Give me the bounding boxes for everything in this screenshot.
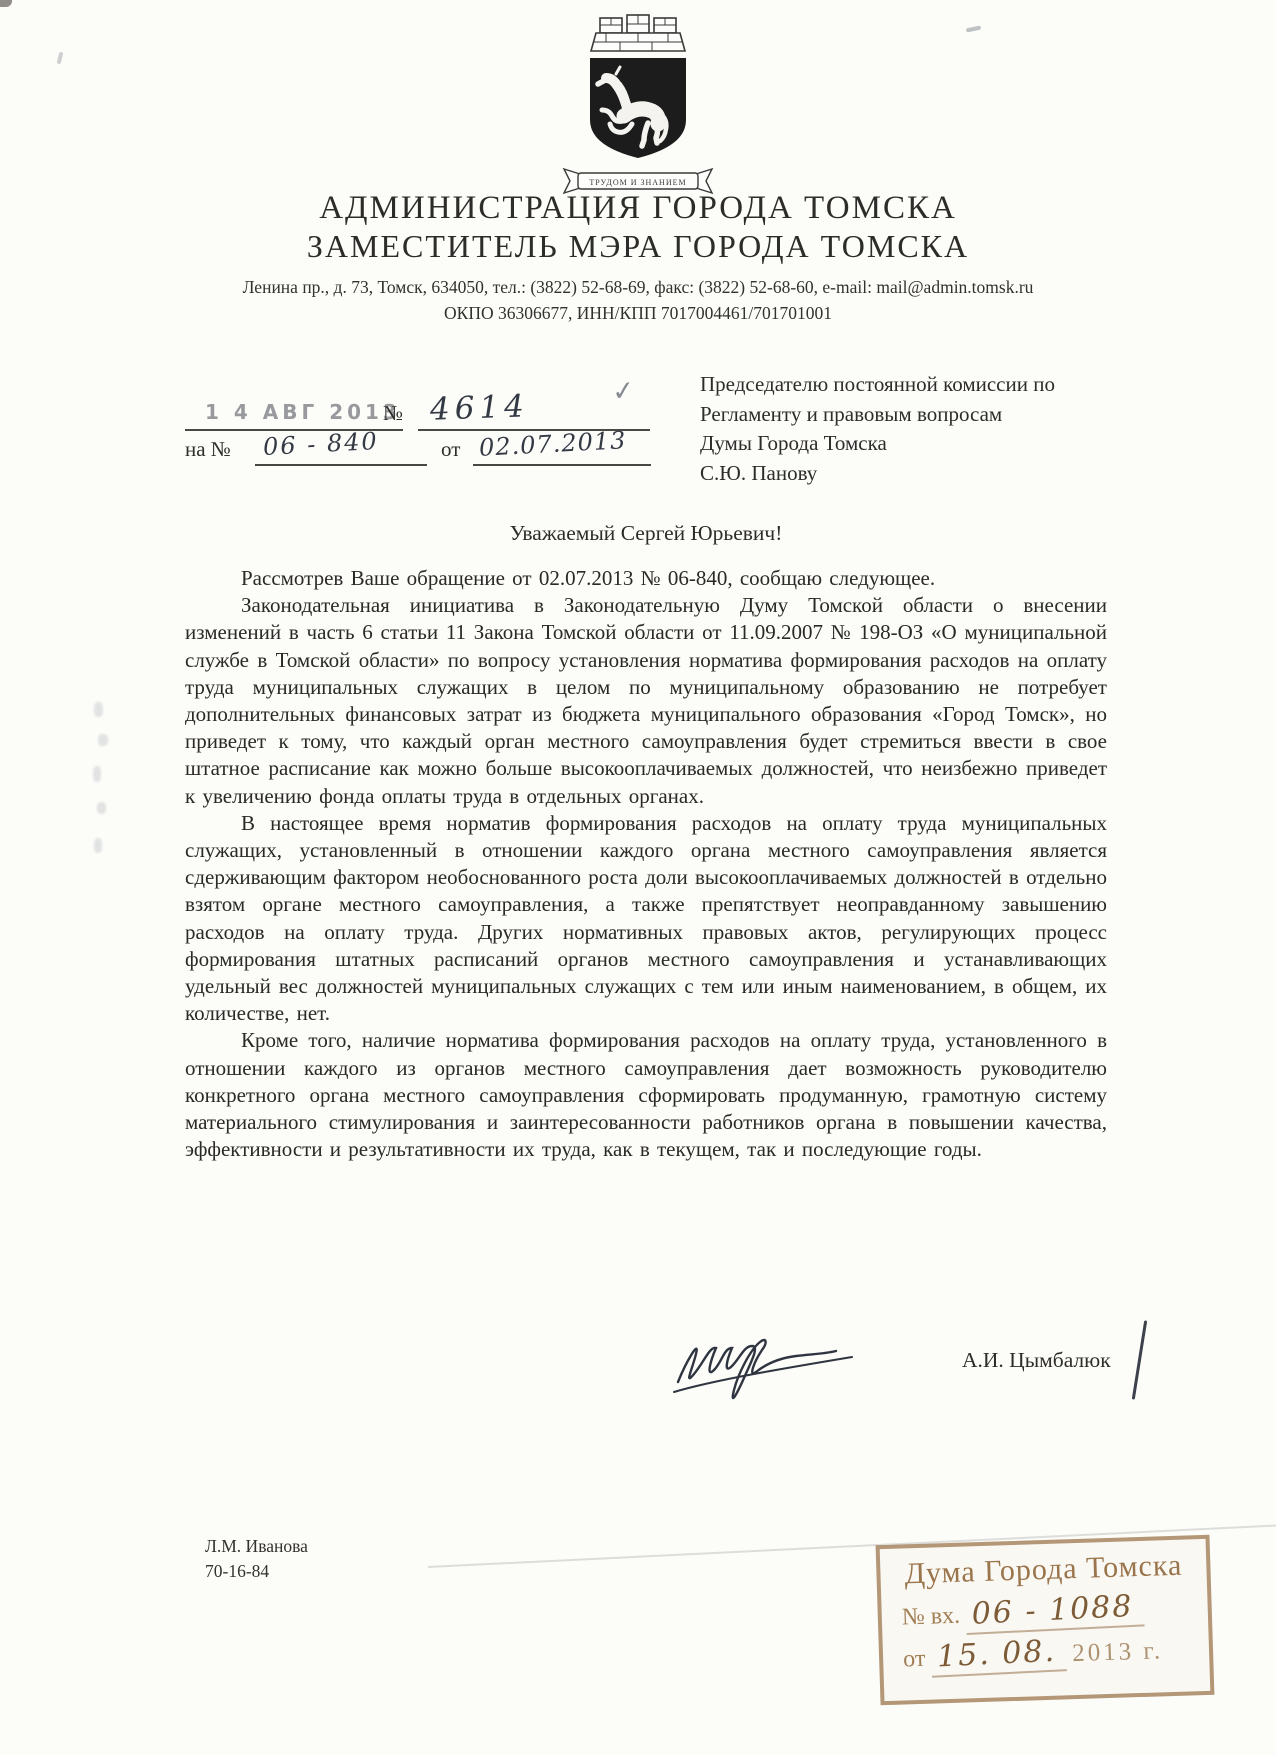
stamp-date-year: 2013 г. xyxy=(1072,1637,1164,1667)
body-paragraph: Законодательная инициатива в Законодател… xyxy=(185,592,1107,810)
tomsk-coat-of-arms-icon: ТРУДОМ И ЗНАНИЕМ xyxy=(540,12,736,200)
recipient-line: Председателю постоянной комиссии по xyxy=(700,370,1130,400)
executor-block: Л.М. Иванова 70-16-84 xyxy=(205,1534,308,1584)
scan-artifact xyxy=(57,52,64,65)
stamp-entry-value: 06 - 1088 xyxy=(965,1588,1144,1635)
scan-artifact xyxy=(98,734,108,746)
reply-date-label: от xyxy=(441,437,460,462)
body-paragraph: Кроме того, наличие норматива формирован… xyxy=(185,1027,1107,1163)
org-name-line2: ЗАМЕСТИТЕЛЬ МЭРА ГОРОДА ТОМСКА xyxy=(0,228,1276,265)
signature-autograph-icon xyxy=(664,1318,899,1414)
org-name-line1: АДМИНИСТРАЦИЯ ГОРОДА ТОМСКА xyxy=(0,190,1276,227)
reply-number-label: на № xyxy=(185,437,231,462)
stamp-org-name: Дума Города Томска xyxy=(880,1548,1207,1592)
reply-number-value: 06 - 840 xyxy=(262,427,379,461)
scan-artifact xyxy=(97,802,106,814)
pen-slash-mark xyxy=(1132,1320,1147,1399)
ref-underline xyxy=(473,464,651,466)
address-line: Ленина пр., д. 73, Томск, 634050, тел.: … xyxy=(0,277,1276,298)
signer-name: А.И. Цымбалюк xyxy=(962,1348,1111,1373)
scan-artifact xyxy=(93,766,101,782)
recipient-line: Регламенту и правовым вопросам xyxy=(700,400,1130,430)
duma-incoming-stamp: Дума Города Томска № вх. 06 - 1088 от 15… xyxy=(876,1535,1215,1705)
recipient-line: Думы Города Томска xyxy=(700,429,1130,459)
executor-phone: 70-16-84 xyxy=(205,1559,308,1584)
scan-artifact xyxy=(94,838,102,853)
recipient-line: С.Ю. Панову xyxy=(700,459,1130,489)
scan-corner-smudge xyxy=(0,0,12,7)
checkmark-icon: ✓ xyxy=(610,375,636,408)
scanned-letter-page: ТРУДОМ И ЗНАНИЕМ АДМИНИСТРАЦИЯ ГОРОДА ТО… xyxy=(0,0,1276,1755)
motto-text: ТРУДОМ И ЗНАНИЕМ xyxy=(589,178,686,187)
incoming-number-value: 4614 xyxy=(429,388,529,427)
salutation: Уважаемый Сергей Юрьевич! xyxy=(185,521,1107,546)
reply-date-value: 02.07.2013 xyxy=(478,426,627,462)
scan-artifact xyxy=(966,25,982,32)
stamp-date-label: от xyxy=(903,1646,926,1673)
executor-name: Л.М. Иванова xyxy=(205,1534,308,1559)
incoming-date-stamp: 1 4 АВГ 2013 xyxy=(205,400,401,424)
stamp-date-value: 15. 08. xyxy=(930,1633,1067,1678)
letter-body: Рассмотрев Ваше обращение от 02.07.2013 … xyxy=(185,565,1107,1163)
body-paragraph: Рассмотрев Ваше обращение от 02.07.2013 … xyxy=(185,565,1107,592)
scan-artifact xyxy=(94,702,103,717)
ref-underline xyxy=(255,464,427,466)
stamp-entry-label: № вх. xyxy=(901,1603,960,1631)
codes-line: ОКПО 36306677, ИНН/КПП 7017004461/701701… xyxy=(0,303,1276,324)
incoming-number-label: № xyxy=(383,401,403,426)
body-paragraph: В настоящее время норматив формирования … xyxy=(185,810,1107,1028)
recipient-block: Председателю постоянной комиссии по Регл… xyxy=(700,370,1130,488)
